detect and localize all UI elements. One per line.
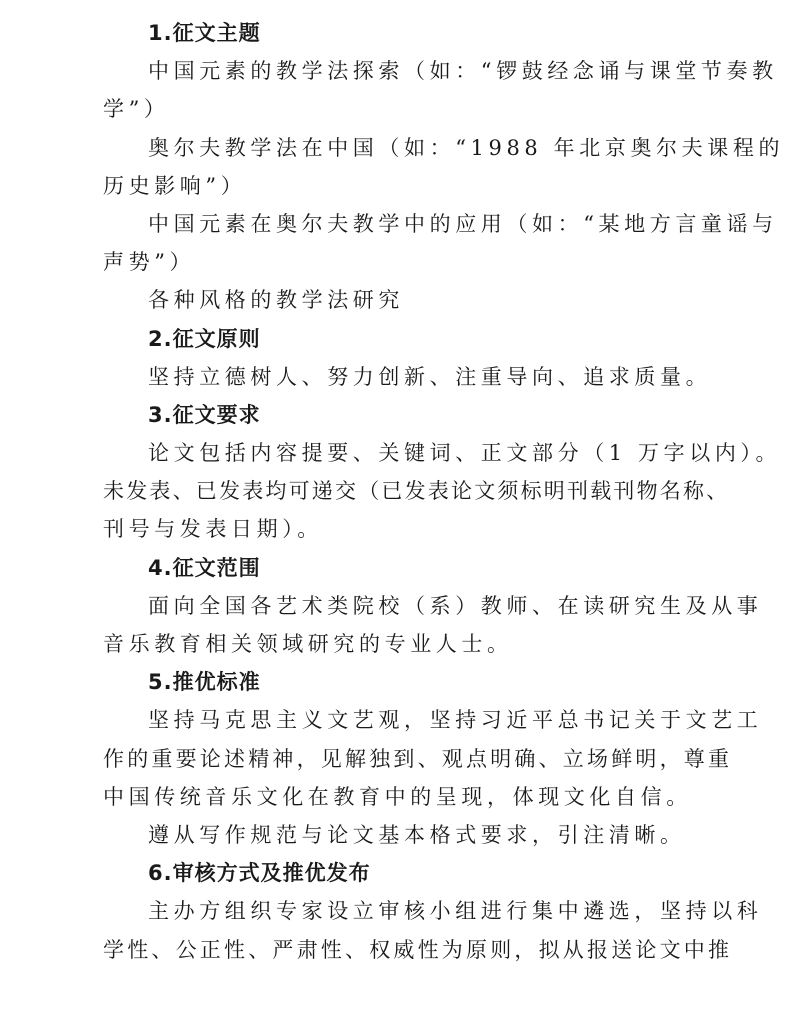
paragraph-line: 面向全国各艺术类院校（系）教师、在读研究生及从事 xyxy=(103,587,688,625)
paragraph-line: 奥尔夫教学法在中国（如：“1988 年北京奥尔夫课程的 xyxy=(103,129,688,167)
paragraph-line: 遵从写作规范与论文基本格式要求，引注清晰。 xyxy=(103,816,688,854)
paragraph-line: 音乐教育相关领域研究的专业人士。 xyxy=(103,625,688,663)
section-heading-3: 3.征文要求 xyxy=(103,396,688,434)
paragraph-line: 声势”） xyxy=(103,243,688,281)
paragraph-line: 主办方组织专家设立审核小组进行集中遴选，坚持以科 xyxy=(103,892,688,930)
section-heading-4: 4.征文范围 xyxy=(103,549,688,587)
paragraph-line: 学性、公正性、严肃性、权威性为原则，拟从报送论文中推 xyxy=(103,931,688,969)
paragraph-line: 中国元素的教学法探索（如：“锣鼓经念诵与课堂节奏教 xyxy=(103,52,688,90)
paragraph-line: 坚持立德树人、努力创新、注重导向、追求质量。 xyxy=(103,358,688,396)
paragraph-line: 论文包括内容提要、关键词、正文部分（1 万字以内）。 xyxy=(103,434,688,472)
paragraph-line: 刊号与发表日期）。 xyxy=(103,510,688,548)
paragraph-line: 学”） xyxy=(103,90,688,128)
paragraph-line: 坚持马克思主义文艺观，坚持习近平总书记关于文艺工 xyxy=(103,701,688,739)
paragraph-line: 作的重要论述精神，见解独到、观点明确、立场鲜明，尊重 xyxy=(103,740,688,778)
paragraph-line: 各种风格的教学法研究 xyxy=(103,281,688,319)
document-page: 1.征文主题 中国元素的教学法探索（如：“锣鼓经念诵与课堂节奏教 学”） 奥尔夫… xyxy=(103,14,688,969)
section-heading-1: 1.征文主题 xyxy=(103,14,688,52)
paragraph-line: 中国元素在奥尔夫教学中的应用（如：“某地方言童谣与 xyxy=(103,205,688,243)
paragraph-line: 历史影响”） xyxy=(103,167,688,205)
paragraph-line: 未发表、已发表均可递交（已发表论文须标明刊载刊物名称、 xyxy=(103,472,688,510)
paragraph-line: 中国传统音乐文化在教育中的呈现，体现文化自信。 xyxy=(103,778,688,816)
section-heading-2: 2.征文原则 xyxy=(103,320,688,358)
section-heading-5: 5.推优标准 xyxy=(103,663,688,701)
section-heading-6: 6.审核方式及推优发布 xyxy=(103,854,688,892)
